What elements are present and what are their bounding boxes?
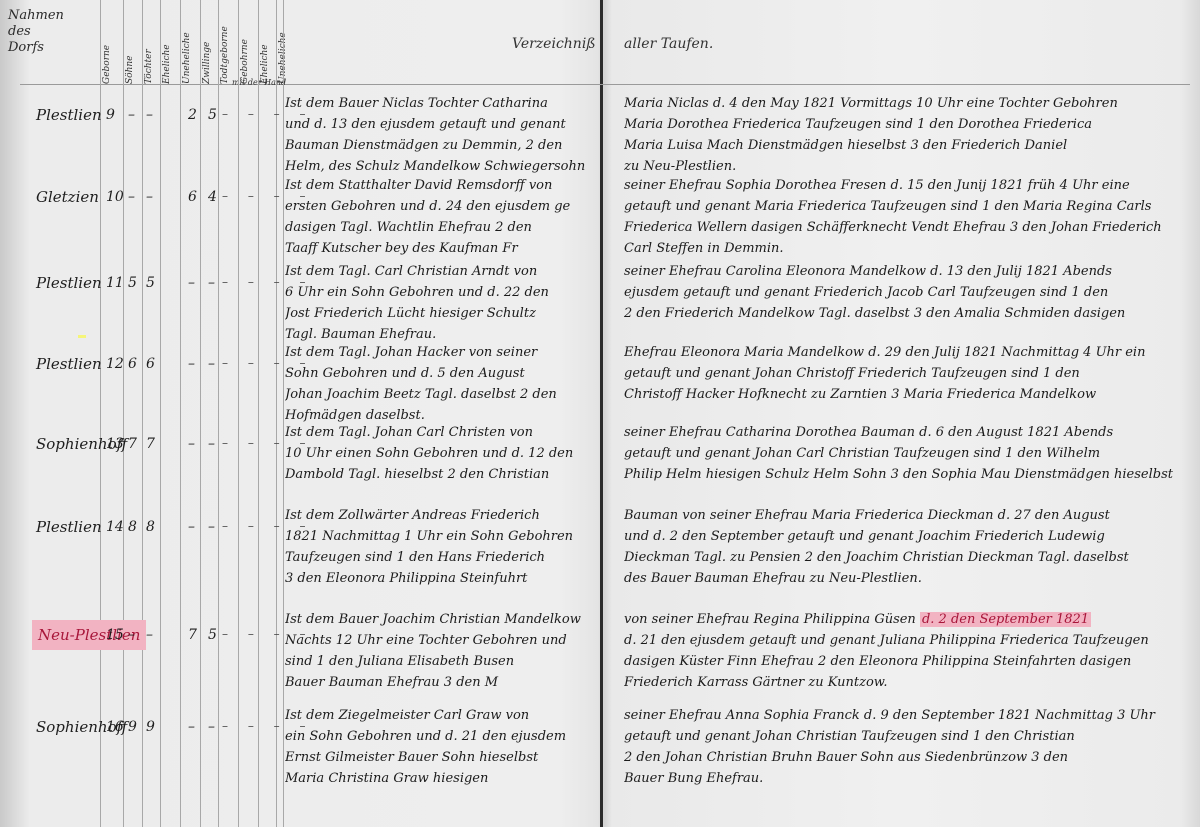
entry-count: 13 bbox=[106, 436, 124, 452]
entry-count: – bbox=[208, 275, 215, 291]
entry-text-left: Tagl. Bauman Ehefrau. bbox=[285, 327, 597, 342]
entry-text-right: seiner Ehefrau Sophia Dorothea Fresen d.… bbox=[624, 178, 1190, 193]
column-rule bbox=[123, 0, 124, 827]
entry-count: – bbox=[208, 356, 215, 372]
column-header: Eheliche bbox=[260, 4, 276, 84]
column-rule bbox=[142, 0, 143, 827]
entry-text-left: Ernst Gilmeister Bauer Sohn hieselbst bbox=[285, 750, 597, 765]
column-rule bbox=[160, 0, 161, 827]
entry-text-left: Ist dem Tagl. Johan Carl Christen von bbox=[285, 425, 597, 440]
entry-text-right: getauft und genant Johan Carl Christian … bbox=[624, 446, 1190, 461]
entry-count: – bbox=[188, 719, 195, 735]
entry-place: Plestlien bbox=[36, 274, 102, 292]
entry-count: 5 bbox=[208, 107, 217, 123]
entry-text-left: Johan Joachim Beetz Tagl. daselbst 2 den bbox=[285, 387, 597, 402]
book-binding bbox=[600, 0, 603, 827]
entry-count: 7 bbox=[188, 627, 197, 643]
column-header: Gebohrne bbox=[240, 4, 256, 84]
entry-text-right: getauft und genant Maria Friederica Tauf… bbox=[624, 199, 1190, 214]
entry-text-right: des Bauer Bauman Ehefrau zu Neu-Plestlie… bbox=[624, 571, 1190, 586]
entry-text-left: Hofmädgen daselbst. bbox=[285, 408, 597, 423]
entry-count: 6 bbox=[146, 356, 155, 372]
entry-text-left: Ist dem Bauer Niclas Tochter Catharina bbox=[285, 96, 597, 111]
entry-text-right: dasigen Küster Finn Ehefrau 2 den Eleono… bbox=[624, 654, 1190, 669]
entry-count: 6 bbox=[188, 189, 197, 205]
entry-count: 12 bbox=[106, 356, 124, 372]
entry-text-right: Carl Steffen in Demmin. bbox=[624, 241, 1190, 256]
entry-count: 16 bbox=[106, 719, 124, 735]
entry-count: – bbox=[128, 627, 135, 643]
entry-text-left: 10 Uhr einen Sohn Gebohren und d. 12 den bbox=[285, 446, 597, 461]
column-header: Uneheliche bbox=[182, 4, 198, 84]
entry-count: 6 bbox=[128, 356, 137, 372]
entry-text-left: Taaff Kutscher bey des Kaufman Fr bbox=[285, 241, 597, 256]
entry-text-right: Friederich Karrass Gärtner zu Kuntzow. bbox=[624, 675, 1190, 690]
register-page: Nahmen des Dorfs mit der Hand Verzeichni… bbox=[0, 0, 1200, 827]
entry-count: 14 bbox=[106, 519, 124, 535]
entry-text-right: Bauer Bung Ehefrau. bbox=[624, 771, 1190, 786]
column-rule bbox=[258, 0, 259, 827]
entry-text-left: Ist dem Tagl. Johan Hacker von seiner bbox=[285, 345, 597, 360]
entry-text-right: Dieckman Tagl. zu Pensien 2 den Joachim … bbox=[624, 550, 1190, 565]
entry-text-left: Maria Christina Graw hiesigen bbox=[285, 771, 597, 786]
entry-count: 10 bbox=[106, 189, 124, 205]
entry-text-right: Philip Helm hiesigen Schulz Helm Sohn 3 … bbox=[624, 467, 1190, 482]
entry-text-right: Maria Dorothea Friederica Taufzeugen sin… bbox=[624, 117, 1190, 132]
entry-count: – bbox=[188, 519, 195, 535]
entry-count: – bbox=[146, 107, 153, 123]
entry-text-right: 2 den Friederich Mandelkow Tagl. daselbs… bbox=[624, 306, 1190, 321]
entry-text-right: und d. 2 den September getauft und genan… bbox=[624, 529, 1190, 544]
entry-count: – bbox=[128, 107, 135, 123]
header-rule bbox=[20, 84, 1190, 85]
entry-count: 7 bbox=[128, 436, 137, 452]
entry-text-left: ein Sohn Gebohren und d. 21 den ejusdem bbox=[285, 729, 597, 744]
entry-text-right: d. 21 den ejusdem getauft und genant Jul… bbox=[624, 633, 1190, 648]
entry-count: 2 bbox=[188, 107, 197, 123]
column-header: Uneheliche bbox=[278, 4, 294, 84]
names-column-header: Nahmen des Dorfs bbox=[8, 8, 68, 56]
entry-text-right: zu Neu-Plestlien. bbox=[624, 159, 1190, 174]
entry-text-left: Dambold Tagl. hieselbst 2 den Christian bbox=[285, 467, 597, 482]
entry-count: 11 bbox=[106, 275, 124, 291]
column-header: Söhne bbox=[125, 4, 141, 84]
entry-text-right: Christoff Hacker Hofknecht zu Zarntien 3… bbox=[624, 387, 1190, 402]
entry-text-right: ejusdem getauft und genant Friederich Ja… bbox=[624, 285, 1190, 300]
entry-text-left: Bauer Bauman Ehefrau 3 den M bbox=[285, 675, 597, 690]
column-rule bbox=[180, 0, 181, 827]
entry-count: 9 bbox=[146, 719, 155, 735]
entry-count: 15 bbox=[106, 627, 124, 643]
entry-text-left: 3 den Eleonora Philippina Steinfuhrt bbox=[285, 571, 597, 586]
entry-count: – bbox=[188, 436, 195, 452]
column-header: Eheliche bbox=[162, 4, 178, 84]
entry-count: 5 bbox=[128, 275, 137, 291]
entry-text-left: 1821 Nachmittag 1 Uhr ein Sohn Gebohren bbox=[285, 529, 597, 544]
column-rule bbox=[100, 0, 101, 827]
yellow-spot bbox=[78, 335, 86, 338]
entry-count: 8 bbox=[146, 519, 155, 535]
entry-count: – bbox=[146, 189, 153, 205]
entry-text-left: dasigen Tagl. Wachtlin Ehefrau 2 den bbox=[285, 220, 597, 235]
entry-count: 5 bbox=[146, 275, 155, 291]
entry-count: 9 bbox=[106, 107, 115, 123]
entry-text-left: Ist dem Statthalter David Remsdorff von bbox=[285, 178, 597, 193]
entry-text-right: Maria Luisa Mach Dienstmädgen hieselbst … bbox=[624, 138, 1190, 153]
entry-count: 4 bbox=[208, 189, 217, 205]
entry-text-right: Maria Niclas d. 4 den May 1821 Vormittag… bbox=[624, 96, 1190, 111]
entry-text-right: seiner Ehefrau Anna Sophia Franck d. 9 d… bbox=[624, 708, 1190, 723]
entry-count: – bbox=[128, 189, 135, 205]
entry-text-left: Ist dem Ziegelmeister Carl Graw von bbox=[285, 708, 597, 723]
entry-text-right: von seiner Ehefrau Regina Philippina Güs… bbox=[624, 612, 1190, 627]
entry-text-left: Jost Friederich Lücht hiesiger Schultz bbox=[285, 306, 597, 321]
column-rule bbox=[238, 0, 239, 827]
register-title-right: aller Taufen. bbox=[624, 36, 713, 52]
entry-place: Plestlien bbox=[36, 106, 102, 124]
entry-text-left: Taufzeugen sind 1 den Hans Friederich bbox=[285, 550, 597, 565]
entry-text-right: Ehefrau Eleonora Maria Mandelkow d. 29 d… bbox=[624, 345, 1190, 360]
entry-text-right: Bauman von seiner Ehefrau Maria Friederi… bbox=[624, 508, 1190, 523]
entry-count: 8 bbox=[128, 519, 137, 535]
entry-text-left: sind 1 den Juliana Elisabeth Busen bbox=[285, 654, 597, 669]
entry-count: – bbox=[208, 719, 215, 735]
entry-text-right: getauft und genant Johan Christian Taufz… bbox=[624, 729, 1190, 744]
entry-text-left: Nachts 12 Uhr eine Tochter Gebohren und bbox=[285, 633, 597, 648]
entry-place: Gletzien bbox=[36, 188, 99, 206]
register-title-left: Verzeichniß bbox=[512, 36, 596, 52]
entry-count: – bbox=[208, 436, 215, 452]
entry-count: 5 bbox=[208, 627, 217, 643]
entry-count: 9 bbox=[128, 719, 137, 735]
column-rule bbox=[283, 0, 284, 827]
entry-text-left: Bauman Dienstmädgen zu Demmin, 2 den bbox=[285, 138, 597, 153]
column-header: Todtgeborne bbox=[220, 4, 236, 84]
entry-text-right: seiner Ehefrau Catharina Dorothea Bauman… bbox=[624, 425, 1190, 440]
column-rule bbox=[276, 0, 277, 827]
entry-text-left: Ist dem Zollwärter Andreas Friederich bbox=[285, 508, 597, 523]
entry-text-left: Ist dem Tagl. Carl Christian Arndt von bbox=[285, 264, 597, 279]
entry-text-left: Ist dem Bauer Joachim Christian Mandelko… bbox=[285, 612, 597, 627]
entry-count: – bbox=[146, 627, 153, 643]
entry-text-left: 6 Uhr ein Sohn Gebohren und d. 22 den bbox=[285, 285, 597, 300]
entry-count: – bbox=[188, 356, 195, 372]
entry-text-left: ersten Gebohren und d. 24 den ejusdem ge bbox=[285, 199, 597, 214]
entry-text-right: 2 den Johan Christian Bruhn Bauer Sohn a… bbox=[624, 750, 1190, 765]
entry-text-left: und d. 13 den ejusdem getauft und genant bbox=[285, 117, 597, 132]
entry-count: – bbox=[188, 275, 195, 291]
entry-place: Plestlien bbox=[36, 355, 102, 373]
highlighted-date: d. 2 den September 1821 bbox=[920, 612, 1091, 627]
entry-place: Plestlien bbox=[36, 518, 102, 536]
column-rule bbox=[218, 0, 219, 827]
entry-text-left: Sohn Gebohren und d. 5 den August bbox=[285, 366, 597, 381]
entry-text-right: getauft und genant Johan Christoff Fried… bbox=[624, 366, 1190, 381]
entry-text-right: Friederica Wellern dasigen Schäfferknech… bbox=[624, 220, 1190, 235]
column-header: Zwillinge bbox=[202, 4, 218, 84]
column-header: Töchter bbox=[144, 4, 160, 84]
entry-count: – bbox=[208, 519, 215, 535]
entry-count: 7 bbox=[146, 436, 155, 452]
column-header: Geborne bbox=[102, 4, 118, 84]
entry-text-right: seiner Ehefrau Carolina Eleonora Mandelk… bbox=[624, 264, 1190, 279]
column-rule bbox=[200, 0, 201, 827]
entry-text-left: Helm, des Schulz Mandelkow Schwiegersohn bbox=[285, 159, 597, 174]
